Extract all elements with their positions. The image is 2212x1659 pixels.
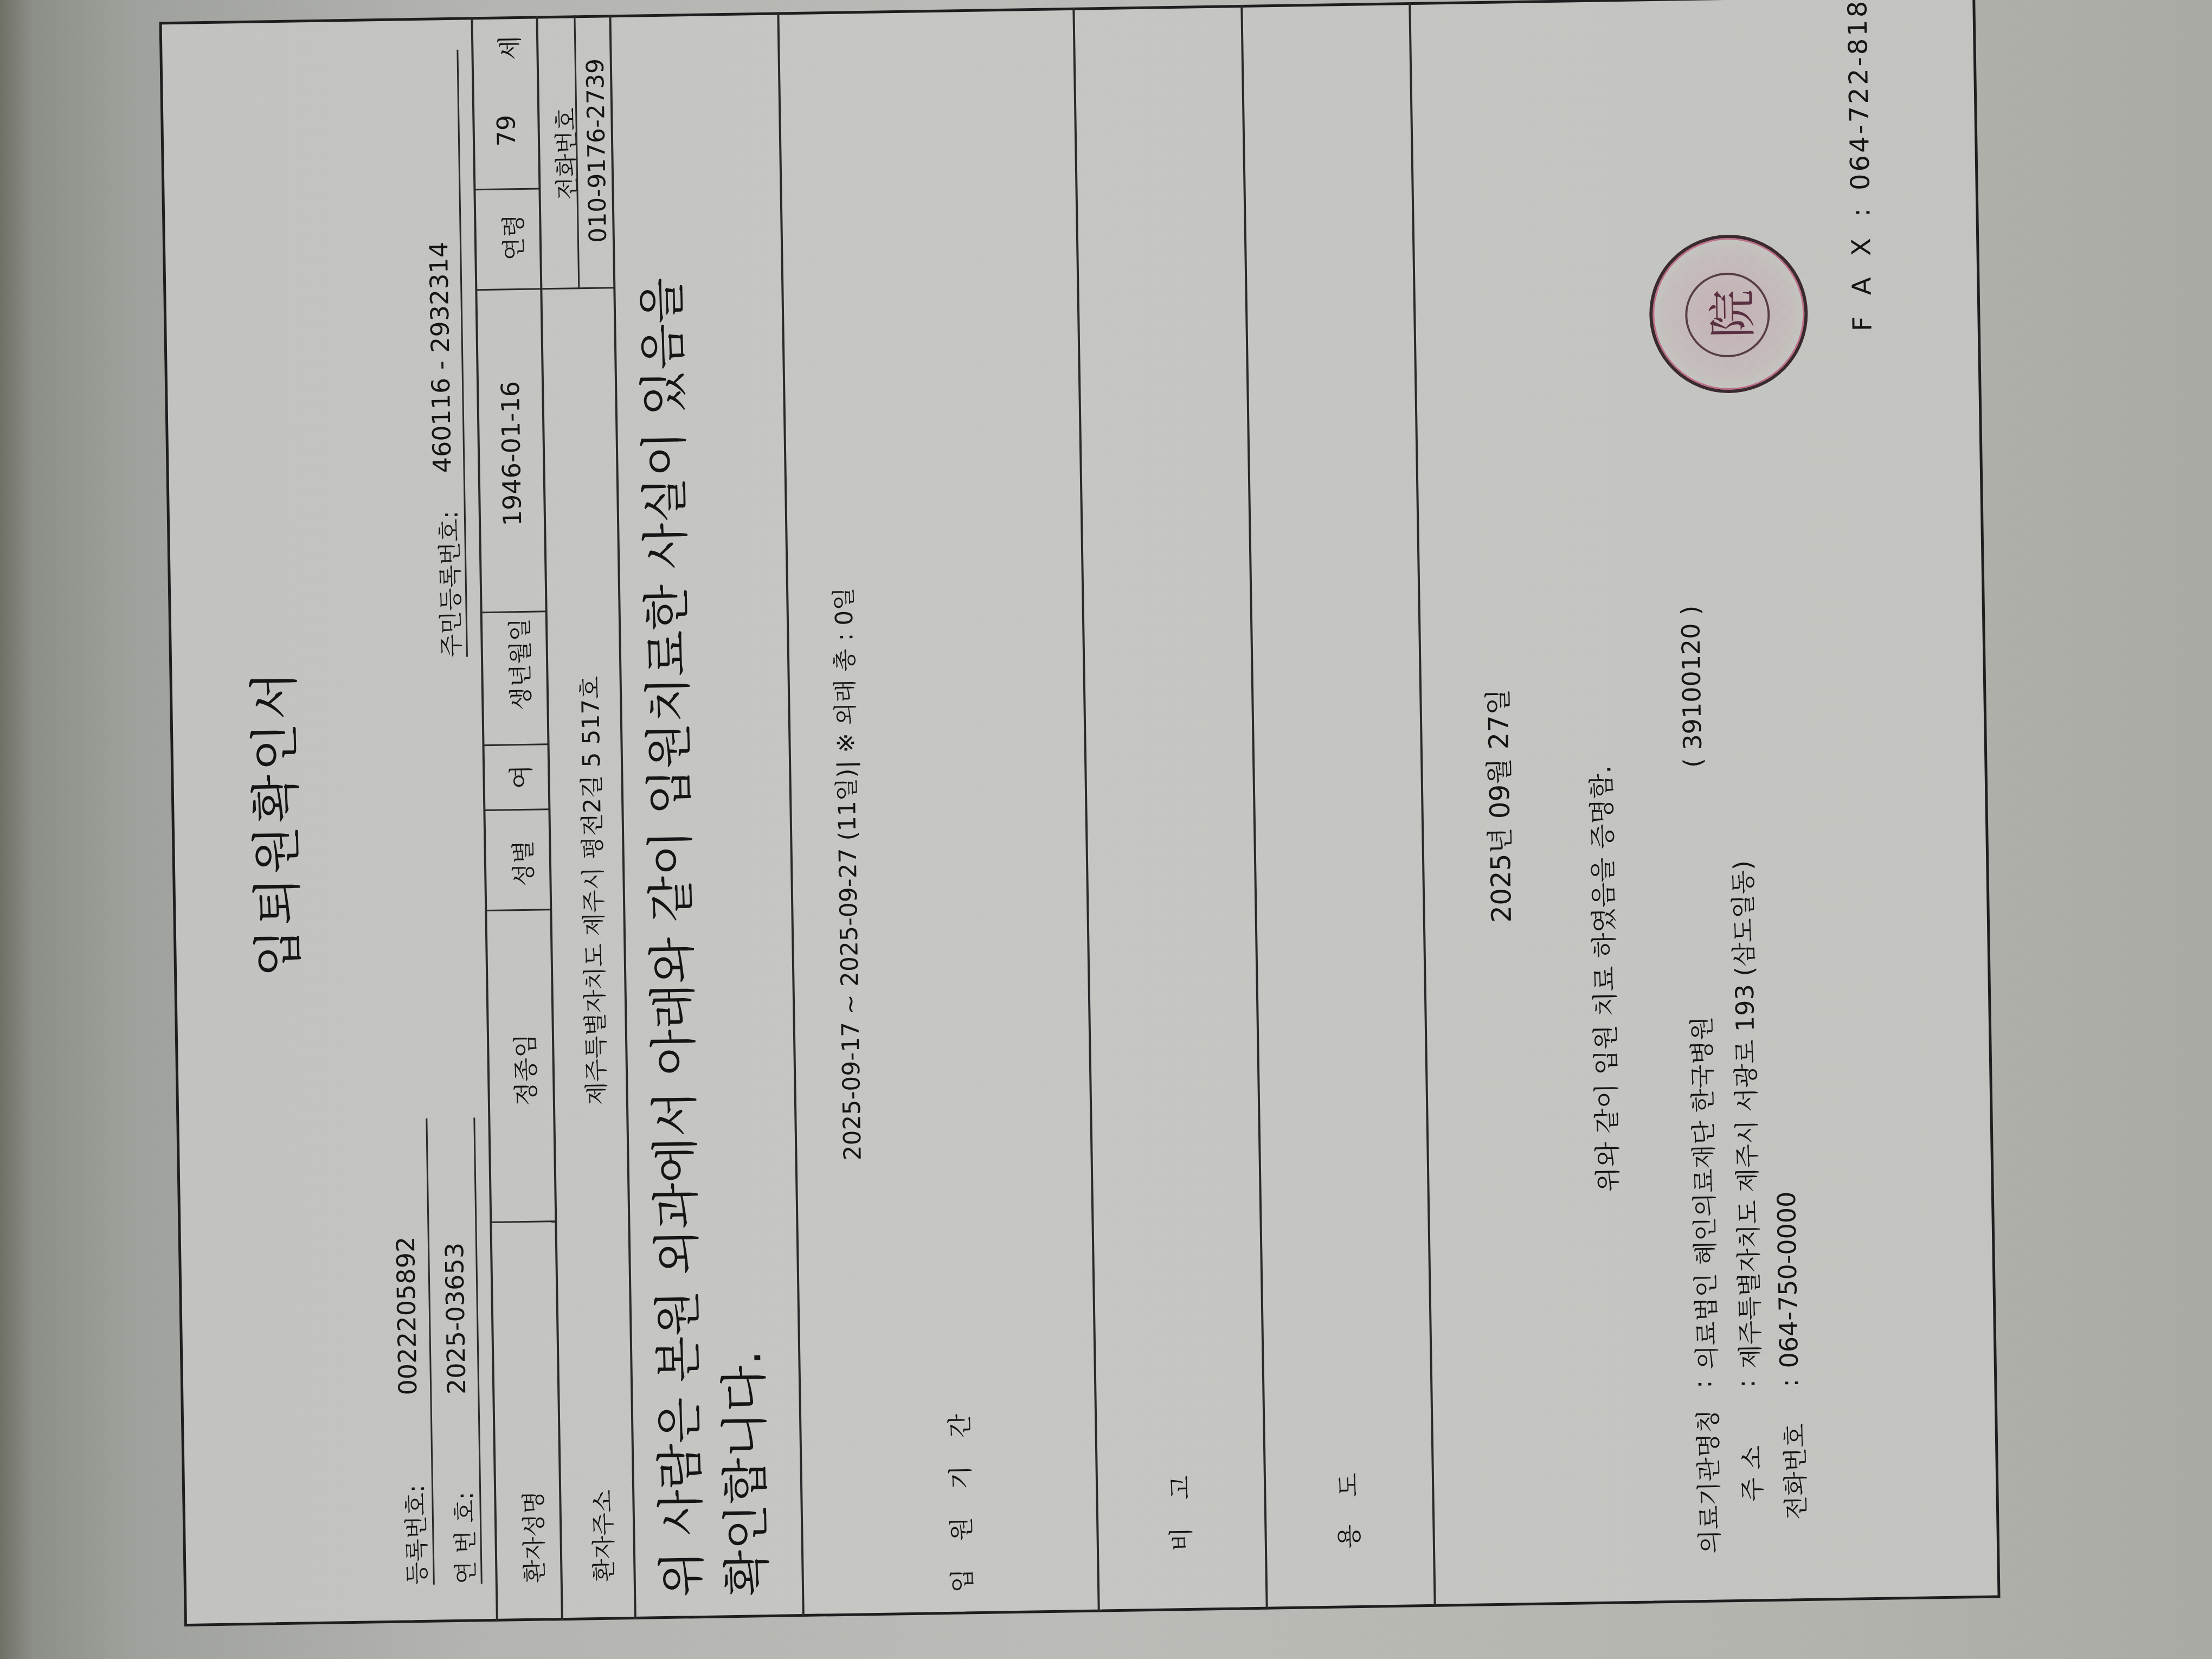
address-label: 환자주소 xyxy=(583,1489,620,1582)
resident-no: 460116 - 2932314 xyxy=(424,242,457,473)
sex-value: 여 xyxy=(501,764,538,789)
institution-phone-colon: : xyxy=(1774,1379,1804,1387)
registration-no-label: 등록번호: xyxy=(396,1484,433,1585)
institution-phone-label: 전화번호 xyxy=(1775,1423,1812,1520)
statement-line-2: 확인합니다. xyxy=(711,1350,780,1597)
sex-label: 성별 xyxy=(504,840,539,887)
patient-phone: 010-9176-2739 xyxy=(582,59,612,243)
age-label: 연령 xyxy=(494,214,529,261)
dob-label: 생년월일 xyxy=(500,618,537,711)
registration-no: 0022205892 xyxy=(391,1236,423,1395)
admission-period-label: 입 원 기 간 xyxy=(940,1404,979,1593)
patient-name-label: 환자성명 xyxy=(514,1490,550,1583)
seal-glyph: 院 xyxy=(1651,237,1805,391)
certification-text: 위와 같이 입원 치료 하였음을 증명함. xyxy=(1580,765,1624,1192)
fax-number: 064-722-8182 xyxy=(1842,0,1876,191)
institution-name-colon: : xyxy=(1688,1380,1717,1388)
age-unit: 세 xyxy=(490,35,526,60)
institution-address-colon: : xyxy=(1731,1379,1760,1388)
dob-value: 1946-01-16 xyxy=(496,381,527,526)
serial-no: 2025-03653 xyxy=(440,1243,471,1395)
institution-name-label: 의료기관명칭 xyxy=(1688,1409,1726,1554)
fax-label: F A X : xyxy=(1846,201,1878,331)
patient-address: 제주특별자치도 제주시 평전2길 5 517호 xyxy=(571,676,612,1105)
patient-name: 정종임 xyxy=(506,1033,543,1106)
resident-no-label: 주민등록번호: xyxy=(430,511,467,658)
institution-name: 의료법인 혜인의료재단 한국병원 xyxy=(1682,1016,1724,1369)
hospital-seal-icon: 院 xyxy=(1648,234,1809,395)
age-value: 79 xyxy=(491,114,521,146)
admission-discharge-certificate: 입퇴원확인서 등록번호: 0022205892 연 번 호: 2025-0365… xyxy=(159,0,2001,1626)
institution-phone: 064-750-0000 xyxy=(1772,1191,1804,1368)
issue-date: 2025년 09월 27일 xyxy=(1476,689,1519,923)
institution-code: ( 39100120 ) xyxy=(1676,605,1708,768)
purpose-label: 용 도 xyxy=(1329,1463,1366,1549)
remarks-label: 비 고 xyxy=(1161,1465,1198,1552)
institution-address-label: 주 소 xyxy=(1732,1445,1769,1502)
serial-no-label: 연 번 호: xyxy=(445,1491,481,1584)
